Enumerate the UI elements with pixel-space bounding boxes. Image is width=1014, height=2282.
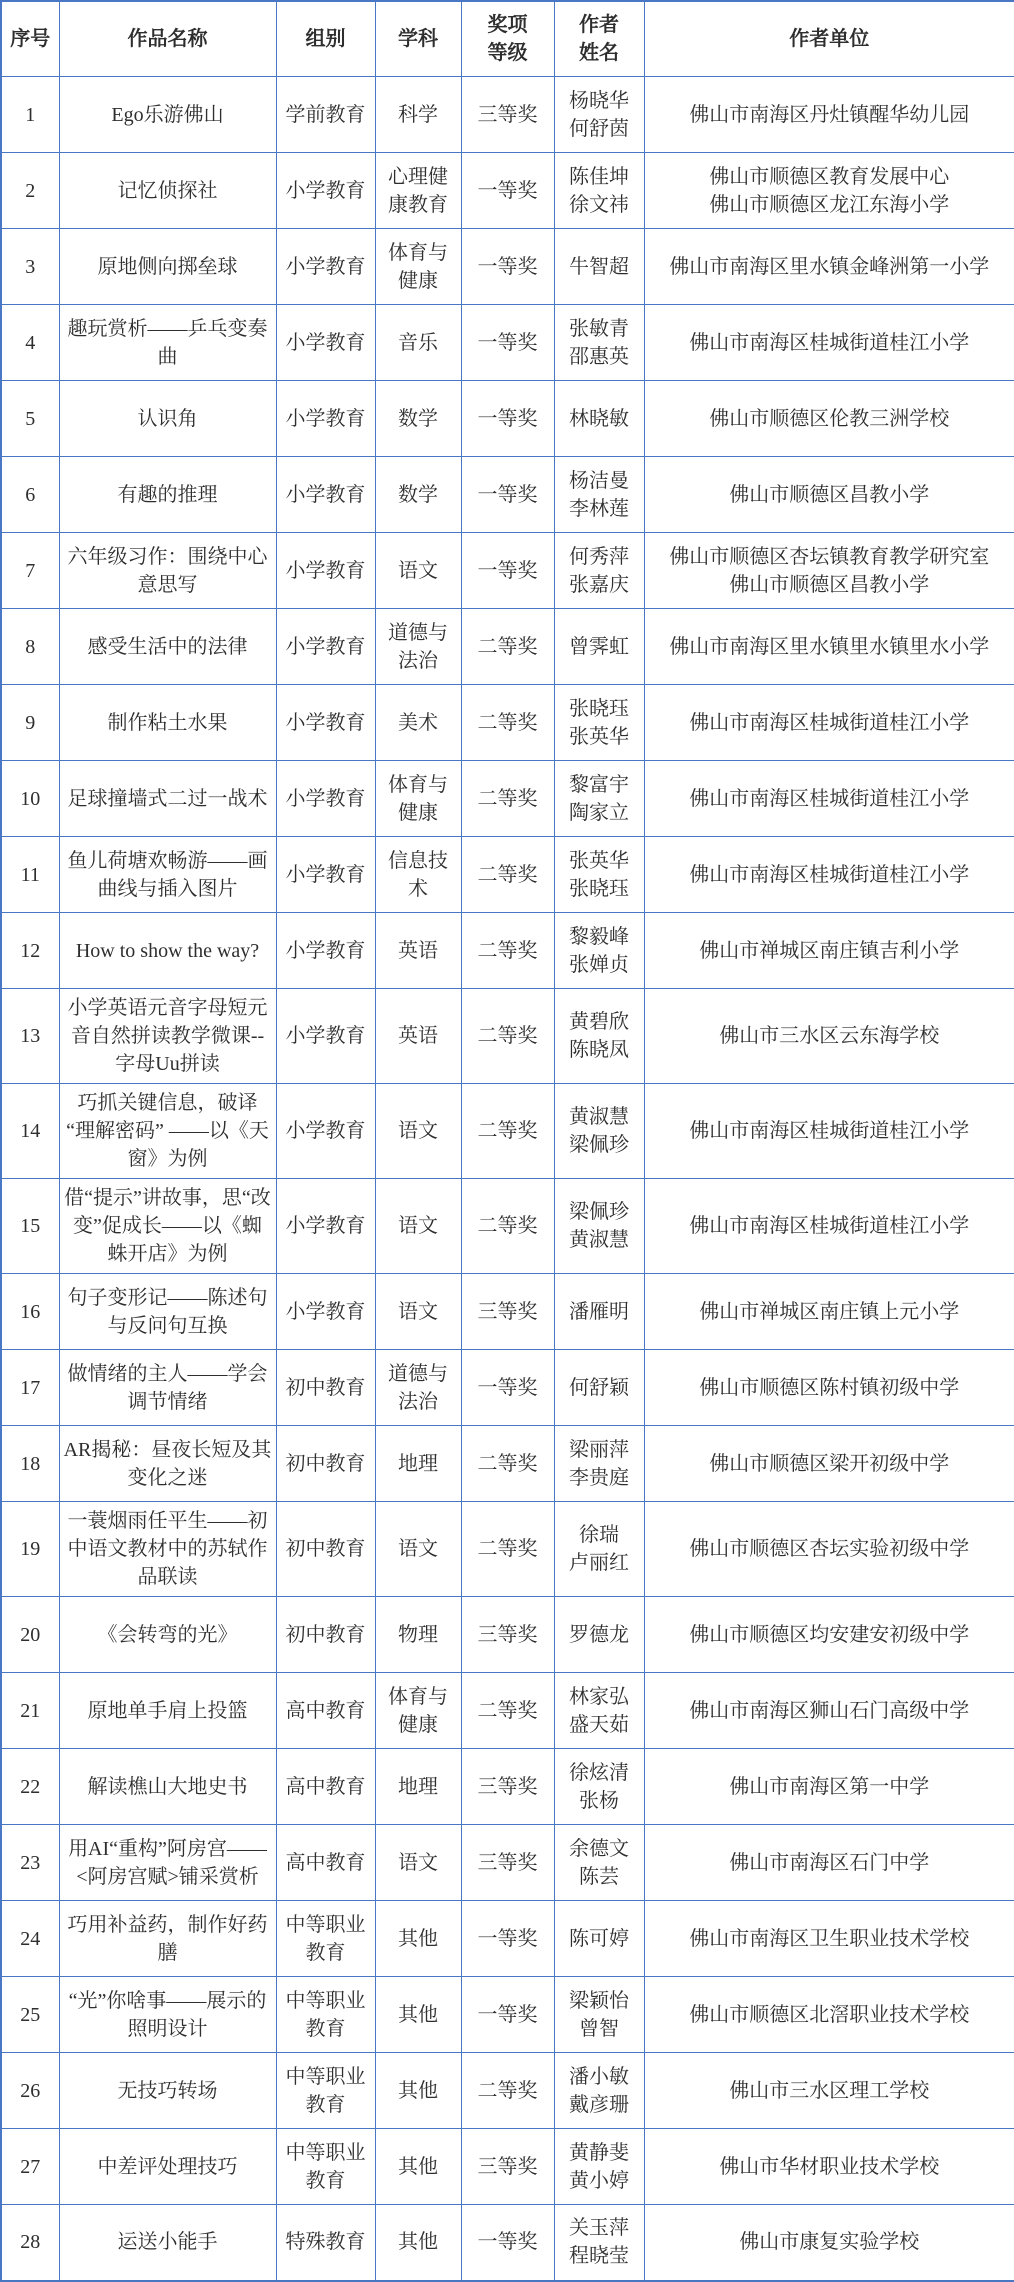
cell-title: 制作粘土水果 <box>59 685 276 761</box>
cell-title: 借“提示”讲故事，思“改变”促成长——以《蜘蛛开店》为例 <box>59 1179 276 1274</box>
cell-subject: 信息技术 <box>375 837 461 913</box>
cell-title: 原地单手肩上投篮 <box>59 1673 276 1749</box>
table-row: 17做情绪的主人——学会调节情绪初中教育道德与法治一等奖何舒颖佛山市顺德区陈村镇… <box>1 1350 1014 1426</box>
cell-award: 一等奖 <box>461 153 554 229</box>
table-header: 序号作品名称组别学科奖项 等级作者 姓名作者单位 <box>1 1 1014 77</box>
cell-no: 8 <box>1 609 59 685</box>
cell-title: 中差评处理技巧 <box>59 2129 276 2205</box>
cell-authors: 何秀萍 张嘉庆 <box>554 533 644 609</box>
cell-authors: 何舒颖 <box>554 1350 644 1426</box>
cell-authors: 梁颖怡 曾智 <box>554 1977 644 2053</box>
table-row: 9制作粘土水果小学教育美术二等奖张晓珏 张英华佛山市南海区桂城街道桂江小学 <box>1 685 1014 761</box>
cell-subject: 语文 <box>375 1179 461 1274</box>
cell-award: 一等奖 <box>461 533 554 609</box>
table-row: 2记忆侦探社小学教育心理健康教育一等奖陈佳坤 徐文祎佛山市顺德区教育发展中心 佛… <box>1 153 1014 229</box>
cell-title: 鱼儿荷塘欢畅游——画曲线与插入图片 <box>59 837 276 913</box>
cell-title: 巧用补益药，制作好药膳 <box>59 1901 276 1977</box>
table-row: 5认识角小学教育数学一等奖林晓敏佛山市顺德区伦教三洲学校 <box>1 381 1014 457</box>
cell-authors: 徐瑞 卢丽红 <box>554 1502 644 1597</box>
cell-title: 有趣的推理 <box>59 457 276 533</box>
cell-authors: 牛智超 <box>554 229 644 305</box>
cell-subject: 其他 <box>375 1977 461 2053</box>
cell-authors: 黄淑慧 梁佩珍 <box>554 1084 644 1179</box>
cell-group: 小学教育 <box>276 381 375 457</box>
cell-group: 初中教育 <box>276 1426 375 1502</box>
column-header-award: 奖项 等级 <box>461 1 554 77</box>
cell-authors: 梁丽萍 李贵庭 <box>554 1426 644 1502</box>
cell-authors: 陈可婷 <box>554 1901 644 1977</box>
cell-subject: 数学 <box>375 457 461 533</box>
cell-subject: 体育与健康 <box>375 229 461 305</box>
cell-authors: 林家弘 盛天茹 <box>554 1673 644 1749</box>
cell-subject: 其他 <box>375 2205 461 2281</box>
cell-no: 1 <box>1 77 59 153</box>
cell-authors: 张英华 张晓珏 <box>554 837 644 913</box>
cell-group: 高中教育 <box>276 1749 375 1825</box>
table-row: 6有趣的推理小学教育数学一等奖杨洁曼 李林莲佛山市顺德区昌教小学 <box>1 457 1014 533</box>
cell-group: 中等职业教育 <box>276 1901 375 1977</box>
cell-group: 高中教育 <box>276 1825 375 1901</box>
cell-subject: 语文 <box>375 1825 461 1901</box>
cell-award: 一等奖 <box>461 457 554 533</box>
cell-group: 小学教育 <box>276 153 375 229</box>
cell-award: 三等奖 <box>461 1749 554 1825</box>
cell-unit: 佛山市顺德区伦教三洲学校 <box>644 381 1014 457</box>
cell-group: 中等职业教育 <box>276 2129 375 2205</box>
cell-title: Ego乐游佛山 <box>59 77 276 153</box>
cell-subject: 语文 <box>375 533 461 609</box>
column-header-authors: 作者 姓名 <box>554 1 644 77</box>
cell-subject: 其他 <box>375 1901 461 1977</box>
cell-title: 运送小能手 <box>59 2205 276 2281</box>
cell-no: 26 <box>1 2053 59 2129</box>
cell-group: 小学教育 <box>276 457 375 533</box>
cell-authors: 徐炫清 张杨 <box>554 1749 644 1825</box>
cell-subject: 语文 <box>375 1502 461 1597</box>
column-header-title: 作品名称 <box>59 1 276 77</box>
cell-unit: 佛山市南海区桂城街道桂江小学 <box>644 761 1014 837</box>
cell-award: 二等奖 <box>461 1502 554 1597</box>
table-row: 4趣玩赏析——乒乓变奏曲小学教育音乐一等奖张敏青 邵惠英佛山市南海区桂城街道桂江… <box>1 305 1014 381</box>
cell-no: 28 <box>1 2205 59 2281</box>
table-row: 13小学英语元音字母短元音自然拼读教学微课--字母Uu拼读小学教育英语二等奖黄碧… <box>1 989 1014 1084</box>
cell-unit: 佛山市康复实验学校 <box>644 2205 1014 2281</box>
cell-unit: 佛山市顺德区北滘职业技术学校 <box>644 1977 1014 2053</box>
cell-group: 中等职业教育 <box>276 1977 375 2053</box>
cell-unit: 佛山市顺德区杏坛实验初级中学 <box>644 1502 1014 1597</box>
cell-title: 足球撞墙式二过一战术 <box>59 761 276 837</box>
cell-unit: 佛山市南海区里水镇金峰洲第一小学 <box>644 229 1014 305</box>
table-row: 8感受生活中的法律小学教育道德与法治二等奖曾霁虹佛山市南海区里水镇里水镇里水小学 <box>1 609 1014 685</box>
cell-subject: 语文 <box>375 1084 461 1179</box>
cell-title: 一蓑烟雨任平生——初中语文教材中的苏轼作品联读 <box>59 1502 276 1597</box>
cell-award: 二等奖 <box>461 1179 554 1274</box>
table-row: 24巧用补益药，制作好药膳中等职业教育其他一等奖陈可婷佛山市南海区卫生职业技术学… <box>1 1901 1014 1977</box>
cell-subject: 美术 <box>375 685 461 761</box>
table-row: 20《会转弯的光》初中教育物理三等奖罗德龙佛山市顺德区均安建安初级中学 <box>1 1597 1014 1673</box>
cell-unit: 佛山市南海区桂城街道桂江小学 <box>644 685 1014 761</box>
cell-group: 学前教育 <box>276 77 375 153</box>
cell-award: 二等奖 <box>461 1084 554 1179</box>
cell-award: 一等奖 <box>461 229 554 305</box>
table-body: 1Ego乐游佛山学前教育科学三等奖杨晓华 何舒茵佛山市南海区丹灶镇醒华幼儿园2记… <box>1 77 1014 2281</box>
cell-unit: 佛山市南海区桂城街道桂江小学 <box>644 837 1014 913</box>
cell-award: 二等奖 <box>461 685 554 761</box>
cell-unit: 佛山市南海区第一中学 <box>644 1749 1014 1825</box>
cell-no: 2 <box>1 153 59 229</box>
cell-subject: 语文 <box>375 1274 461 1350</box>
cell-subject: 地理 <box>375 1426 461 1502</box>
cell-award: 二等奖 <box>461 609 554 685</box>
cell-no: 7 <box>1 533 59 609</box>
cell-no: 17 <box>1 1350 59 1426</box>
cell-group: 小学教育 <box>276 609 375 685</box>
table-row: 16句子变形记——陈述句与反问句互换小学教育语文三等奖潘雁明佛山市禅城区南庄镇上… <box>1 1274 1014 1350</box>
column-header-unit: 作者单位 <box>644 1 1014 77</box>
cell-award: 三等奖 <box>461 2129 554 2205</box>
cell-unit: 佛山市顺德区梁开初级中学 <box>644 1426 1014 1502</box>
cell-no: 5 <box>1 381 59 457</box>
table-row: 22解读樵山大地史书高中教育地理三等奖徐炫清 张杨佛山市南海区第一中学 <box>1 1749 1014 1825</box>
cell-no: 16 <box>1 1274 59 1350</box>
cell-group: 小学教育 <box>276 1274 375 1350</box>
table-row: 28运送小能手特殊教育其他一等奖关玉萍 程晓莹佛山市康复实验学校 <box>1 2205 1014 2281</box>
cell-title: 原地侧向掷垒球 <box>59 229 276 305</box>
cell-title: “光”你啥事——展示的照明设计 <box>59 1977 276 2053</box>
cell-no: 25 <box>1 1977 59 2053</box>
cell-no: 27 <box>1 2129 59 2205</box>
cell-title: 认识角 <box>59 381 276 457</box>
cell-no: 13 <box>1 989 59 1084</box>
cell-group: 小学教育 <box>276 1179 375 1274</box>
cell-unit: 佛山市禅城区南庄镇上元小学 <box>644 1274 1014 1350</box>
table-row: 18AR揭秘：昼夜长短及其变化之迷初中教育地理二等奖梁丽萍 李贵庭佛山市顺德区梁… <box>1 1426 1014 1502</box>
cell-group: 初中教育 <box>276 1502 375 1597</box>
cell-unit: 佛山市南海区卫生职业技术学校 <box>644 1901 1014 1977</box>
cell-title: AR揭秘：昼夜长短及其变化之迷 <box>59 1426 276 1502</box>
cell-authors: 林晓敏 <box>554 381 644 457</box>
cell-authors: 曾霁虹 <box>554 609 644 685</box>
cell-authors: 罗德龙 <box>554 1597 644 1673</box>
cell-award: 一等奖 <box>461 305 554 381</box>
cell-award: 一等奖 <box>461 1350 554 1426</box>
table-row: 12How to show the way?小学教育英语二等奖黎毅峰 张婵贞佛山… <box>1 913 1014 989</box>
cell-unit: 佛山市三水区云东海学校 <box>644 989 1014 1084</box>
cell-unit: 佛山市南海区桂城街道桂江小学 <box>644 1084 1014 1179</box>
cell-subject: 英语 <box>375 989 461 1084</box>
cell-award: 一等奖 <box>461 1901 554 1977</box>
cell-award: 二等奖 <box>461 1673 554 1749</box>
column-header-no: 序号 <box>1 1 59 77</box>
cell-subject: 体育与健康 <box>375 1673 461 1749</box>
cell-authors: 杨洁曼 李林莲 <box>554 457 644 533</box>
table-row: 7六年级习作：围绕中心意思写小学教育语文一等奖何秀萍 张嘉庆佛山市顺德区杏坛镇教… <box>1 533 1014 609</box>
cell-award: 二等奖 <box>461 2053 554 2129</box>
cell-award: 二等奖 <box>461 1426 554 1502</box>
cell-title: 《会转弯的光》 <box>59 1597 276 1673</box>
cell-no: 22 <box>1 1749 59 1825</box>
cell-unit: 佛山市顺德区杏坛镇教育教学研究室 佛山市顺德区昌教小学 <box>644 533 1014 609</box>
cell-title: 记忆侦探社 <box>59 153 276 229</box>
column-header-subject: 学科 <box>375 1 461 77</box>
cell-authors: 陈佳坤 徐文祎 <box>554 153 644 229</box>
cell-title: 巧抓关键信息，破译“理解密码” ——以《天窗》为例 <box>59 1084 276 1179</box>
cell-subject: 数学 <box>375 381 461 457</box>
cell-subject: 地理 <box>375 1749 461 1825</box>
cell-group: 小学教育 <box>276 305 375 381</box>
column-header-group: 组别 <box>276 1 375 77</box>
cell-award: 二等奖 <box>461 837 554 913</box>
cell-authors: 余德文 陈芸 <box>554 1825 644 1901</box>
cell-no: 6 <box>1 457 59 533</box>
table-row: 14巧抓关键信息，破译“理解密码” ——以《天窗》为例小学教育语文二等奖黄淑慧 … <box>1 1084 1014 1179</box>
table-row: 25“光”你啥事——展示的照明设计中等职业教育其他一等奖梁颖怡 曾智佛山市顺德区… <box>1 1977 1014 2053</box>
cell-no: 12 <box>1 913 59 989</box>
cell-title: 小学英语元音字母短元音自然拼读教学微课--字母Uu拼读 <box>59 989 276 1084</box>
cell-title: 解读樵山大地史书 <box>59 1749 276 1825</box>
cell-subject: 英语 <box>375 913 461 989</box>
cell-authors: 杨晓华 何舒茵 <box>554 77 644 153</box>
cell-group: 初中教育 <box>276 1350 375 1426</box>
cell-no: 14 <box>1 1084 59 1179</box>
cell-group: 初中教育 <box>276 1597 375 1673</box>
cell-unit: 佛山市南海区狮山石门高级中学 <box>644 1673 1014 1749</box>
cell-authors: 黄静斐 黄小婷 <box>554 2129 644 2205</box>
cell-group: 小学教育 <box>276 761 375 837</box>
cell-subject: 其他 <box>375 2053 461 2129</box>
cell-award: 三等奖 <box>461 77 554 153</box>
cell-unit: 佛山市顺德区陈村镇初级中学 <box>644 1350 1014 1426</box>
cell-no: 4 <box>1 305 59 381</box>
table-row: 15借“提示”讲故事，思“改变”促成长——以《蜘蛛开店》为例小学教育语文二等奖梁… <box>1 1179 1014 1274</box>
cell-no: 19 <box>1 1502 59 1597</box>
cell-group: 小学教育 <box>276 229 375 305</box>
cell-unit: 佛山市南海区丹灶镇醒华幼儿园 <box>644 77 1014 153</box>
table-row: 27中差评处理技巧中等职业教育其他三等奖黄静斐 黄小婷佛山市华材职业技术学校 <box>1 2129 1014 2205</box>
cell-group: 中等职业教育 <box>276 2053 375 2129</box>
cell-no: 20 <box>1 1597 59 1673</box>
cell-unit: 佛山市南海区石门中学 <box>644 1825 1014 1901</box>
table-row: 11鱼儿荷塘欢畅游——画曲线与插入图片小学教育信息技术二等奖张英华 张晓珏佛山市… <box>1 837 1014 913</box>
cell-authors: 潘雁明 <box>554 1274 644 1350</box>
cell-subject: 道德与法治 <box>375 609 461 685</box>
table-row: 26无技巧转场中等职业教育其他二等奖潘小敏 戴彦珊佛山市三水区理工学校 <box>1 2053 1014 2129</box>
cell-group: 特殊教育 <box>276 2205 375 2281</box>
cell-group: 小学教育 <box>276 913 375 989</box>
cell-award: 一等奖 <box>461 2205 554 2281</box>
cell-subject: 心理健康教育 <box>375 153 461 229</box>
cell-title: 用AI“重构”阿房宫——<阿房宫赋>铺采赏析 <box>59 1825 276 1901</box>
cell-no: 9 <box>1 685 59 761</box>
table-row: 1Ego乐游佛山学前教育科学三等奖杨晓华 何舒茵佛山市南海区丹灶镇醒华幼儿园 <box>1 77 1014 153</box>
table-row: 3原地侧向掷垒球小学教育体育与健康一等奖牛智超佛山市南海区里水镇金峰洲第一小学 <box>1 229 1014 305</box>
cell-group: 高中教育 <box>276 1673 375 1749</box>
cell-authors: 张敏青 邵惠英 <box>554 305 644 381</box>
cell-authors: 黎富宇 陶家立 <box>554 761 644 837</box>
cell-authors: 张晓珏 张英华 <box>554 685 644 761</box>
cell-no: 10 <box>1 761 59 837</box>
cell-group: 小学教育 <box>276 1084 375 1179</box>
cell-award: 一等奖 <box>461 1977 554 2053</box>
cell-title: How to show the way? <box>59 913 276 989</box>
cell-award: 三等奖 <box>461 1825 554 1901</box>
cell-unit: 佛山市三水区理工学校 <box>644 2053 1014 2129</box>
table-row: 21原地单手肩上投篮高中教育体育与健康二等奖林家弘 盛天茹佛山市南海区狮山石门高… <box>1 1673 1014 1749</box>
cell-no: 21 <box>1 1673 59 1749</box>
cell-authors: 黎毅峰 张婵贞 <box>554 913 644 989</box>
cell-award: 二等奖 <box>461 989 554 1084</box>
cell-no: 18 <box>1 1426 59 1502</box>
cell-subject: 道德与法治 <box>375 1350 461 1426</box>
awards-page: 序号作品名称组别学科奖项 等级作者 姓名作者单位 1Ego乐游佛山学前教育科学三… <box>0 0 1014 2282</box>
cell-no: 11 <box>1 837 59 913</box>
cell-award: 二等奖 <box>461 913 554 989</box>
cell-unit: 佛山市南海区桂城街道桂江小学 <box>644 305 1014 381</box>
cell-authors: 关玉萍 程晓莹 <box>554 2205 644 2281</box>
cell-unit: 佛山市华材职业技术学校 <box>644 2129 1014 2205</box>
cell-authors: 潘小敏 戴彦珊 <box>554 2053 644 2129</box>
cell-subject: 体育与健康 <box>375 761 461 837</box>
cell-title: 句子变形记——陈述句与反问句互换 <box>59 1274 276 1350</box>
cell-award: 三等奖 <box>461 1597 554 1673</box>
cell-subject: 科学 <box>375 77 461 153</box>
cell-unit: 佛山市顺德区教育发展中心 佛山市顺德区龙江东海小学 <box>644 153 1014 229</box>
cell-unit: 佛山市南海区桂城街道桂江小学 <box>644 1179 1014 1274</box>
table-row: 10足球撞墙式二过一战术小学教育体育与健康二等奖黎富宇 陶家立佛山市南海区桂城街… <box>1 761 1014 837</box>
cell-authors: 梁佩珍 黄淑慧 <box>554 1179 644 1274</box>
cell-award: 二等奖 <box>461 761 554 837</box>
cell-award: 三等奖 <box>461 1274 554 1350</box>
cell-no: 24 <box>1 1901 59 1977</box>
cell-subject: 音乐 <box>375 305 461 381</box>
cell-group: 小学教育 <box>276 533 375 609</box>
cell-group: 小学教育 <box>276 685 375 761</box>
cell-title: 做情绪的主人——学会调节情绪 <box>59 1350 276 1426</box>
cell-no: 23 <box>1 1825 59 1901</box>
awards-table: 序号作品名称组别学科奖项 等级作者 姓名作者单位 1Ego乐游佛山学前教育科学三… <box>0 0 1014 2282</box>
table-row: 23用AI“重构”阿房宫——<阿房宫赋>铺采赏析高中教育语文三等奖余德文 陈芸佛… <box>1 1825 1014 1901</box>
cell-group: 小学教育 <box>276 989 375 1084</box>
cell-subject: 其他 <box>375 2129 461 2205</box>
cell-no: 15 <box>1 1179 59 1274</box>
cell-unit: 佛山市顺德区均安建安初级中学 <box>644 1597 1014 1673</box>
cell-no: 3 <box>1 229 59 305</box>
cell-unit: 佛山市顺德区昌教小学 <box>644 457 1014 533</box>
cell-subject: 物理 <box>375 1597 461 1673</box>
cell-authors: 黄碧欣 陈晓凤 <box>554 989 644 1084</box>
cell-title: 趣玩赏析——乒乓变奏曲 <box>59 305 276 381</box>
cell-title: 六年级习作：围绕中心意思写 <box>59 533 276 609</box>
cell-award: 一等奖 <box>461 381 554 457</box>
header-row: 序号作品名称组别学科奖项 等级作者 姓名作者单位 <box>1 1 1014 77</box>
cell-unit: 佛山市禅城区南庄镇吉利小学 <box>644 913 1014 989</box>
table-row: 19一蓑烟雨任平生——初中语文教材中的苏轼作品联读初中教育语文二等奖徐瑞 卢丽红… <box>1 1502 1014 1597</box>
cell-title: 感受生活中的法律 <box>59 609 276 685</box>
cell-group: 小学教育 <box>276 837 375 913</box>
cell-unit: 佛山市南海区里水镇里水镇里水小学 <box>644 609 1014 685</box>
cell-title: 无技巧转场 <box>59 2053 276 2129</box>
